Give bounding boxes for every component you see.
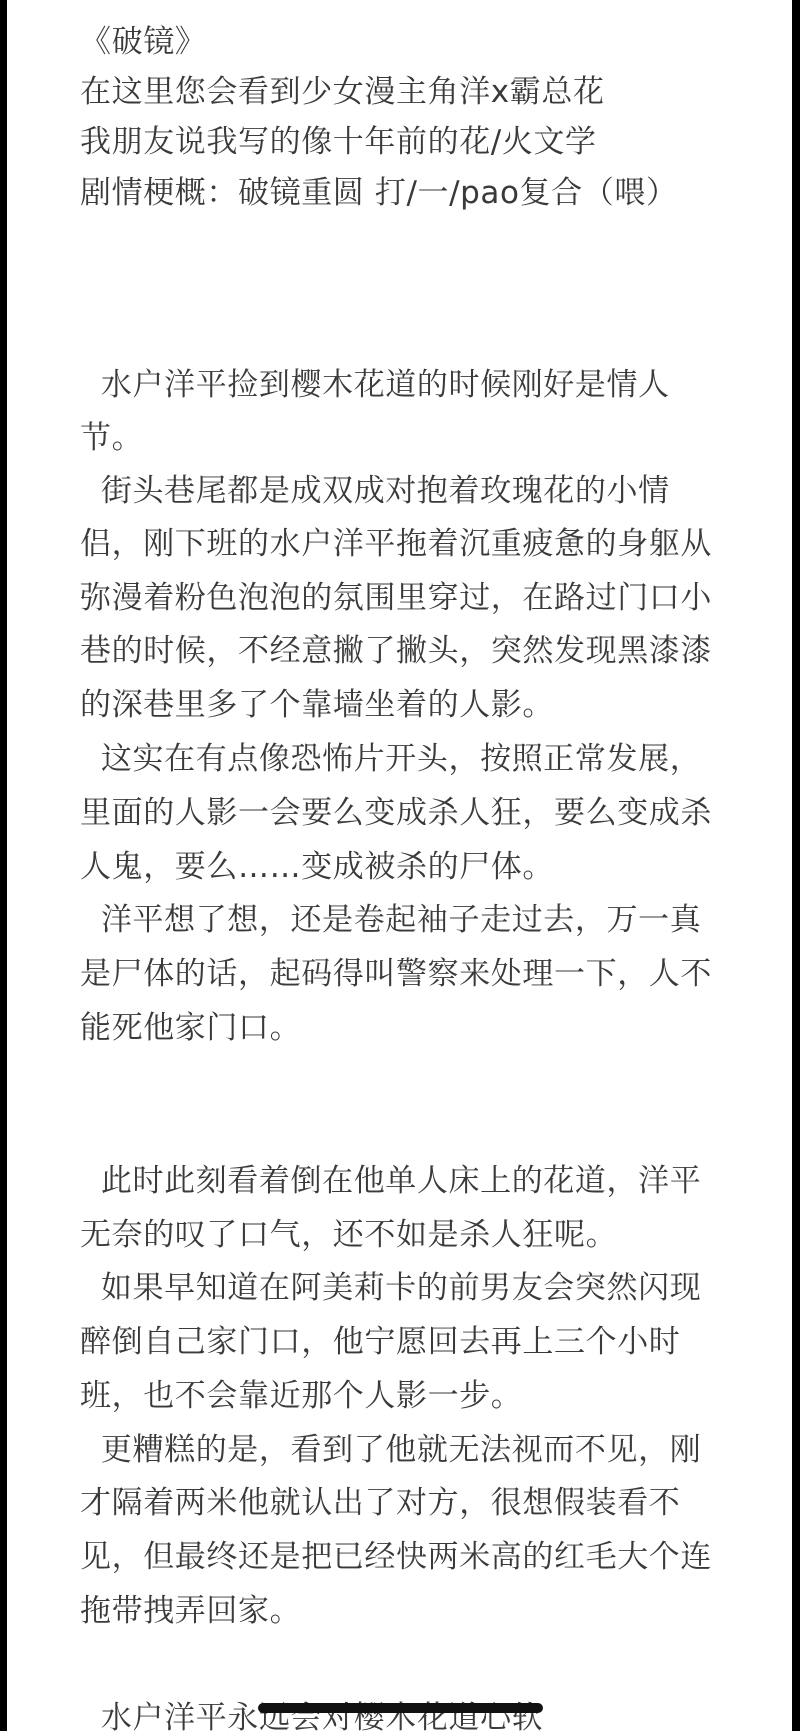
story-line: 班，也不会靠近那个人影一步。	[80, 1376, 522, 1416]
story-line: 人鬼，要么……变成被杀的尸体。	[80, 847, 554, 887]
story-line: 能死他家门口。	[80, 1008, 301, 1048]
intro-line: 剧情梗概：破镜重圆 打/一/pao复合（喂）	[80, 173, 678, 213]
story-line: 才隔着两米他就认出了对方，很想假装看不	[80, 1483, 680, 1523]
story-line: 街头巷尾都是成双成对抱着玫瑰花的小情	[80, 471, 670, 511]
story-line: 拖带拽弄回家。	[80, 1591, 301, 1631]
intro-line: 在这里您会看到少女漫主角洋x霸总花	[80, 72, 605, 112]
story-line: 是尸体的话，起码得叫警察来处理一下，人不	[80, 954, 712, 994]
story-line: 见，但最终还是把已经快两米高的红毛大个连	[80, 1537, 712, 1577]
story-line: 节。	[80, 418, 143, 458]
story-line: 醉倒自己家门口，他宁愿回去再上三个小时	[80, 1322, 680, 1362]
story-line: 水户洋平捡到樱木花道的时候刚好是情人	[80, 365, 670, 405]
story-line: 如果早知道在阿美莉卡的前男友会突然闪现	[80, 1268, 701, 1308]
story-line: 弥漫着粉色泡泡的氛围里穿过，在路过门口小	[80, 578, 712, 618]
story-line: 更糟糕的是，看到了他就无法视而不见，刚	[80, 1430, 701, 1470]
story-line: 无奈的叹了口气，还不如是杀人狂呢。	[80, 1215, 617, 1255]
story-line: 洋平想了想，还是卷起袖子走过去，万一真	[80, 900, 701, 940]
story-line: 的深巷里多了个靠墙坐着的人影。	[80, 685, 554, 725]
home-indicator[interactable]	[258, 1703, 543, 1713]
story-line: 此时此刻看着倒在他单人床上的花道，洋平	[80, 1161, 701, 1201]
story-title: 《破镜》	[80, 22, 206, 62]
document-page: 《破镜》 在这里您会看到少女漫主角洋x霸总花 我朋友说我写的像十年前的花/火文学…	[7, 0, 792, 1731]
intro-line: 我朋友说我写的像十年前的花/火文学	[80, 122, 597, 162]
story-line: 里面的人影一会要么变成杀人狂，要么变成杀	[80, 793, 712, 833]
story-line: 巷的时候，不经意撇了撇头，突然发现黑漆漆	[80, 631, 712, 671]
story-line: 这实在有点像恐怖片开头，按照正常发展，	[80, 739, 701, 779]
story-line: 侣，刚下班的水户洋平拖着沉重疲惫的身躯从	[80, 524, 712, 564]
